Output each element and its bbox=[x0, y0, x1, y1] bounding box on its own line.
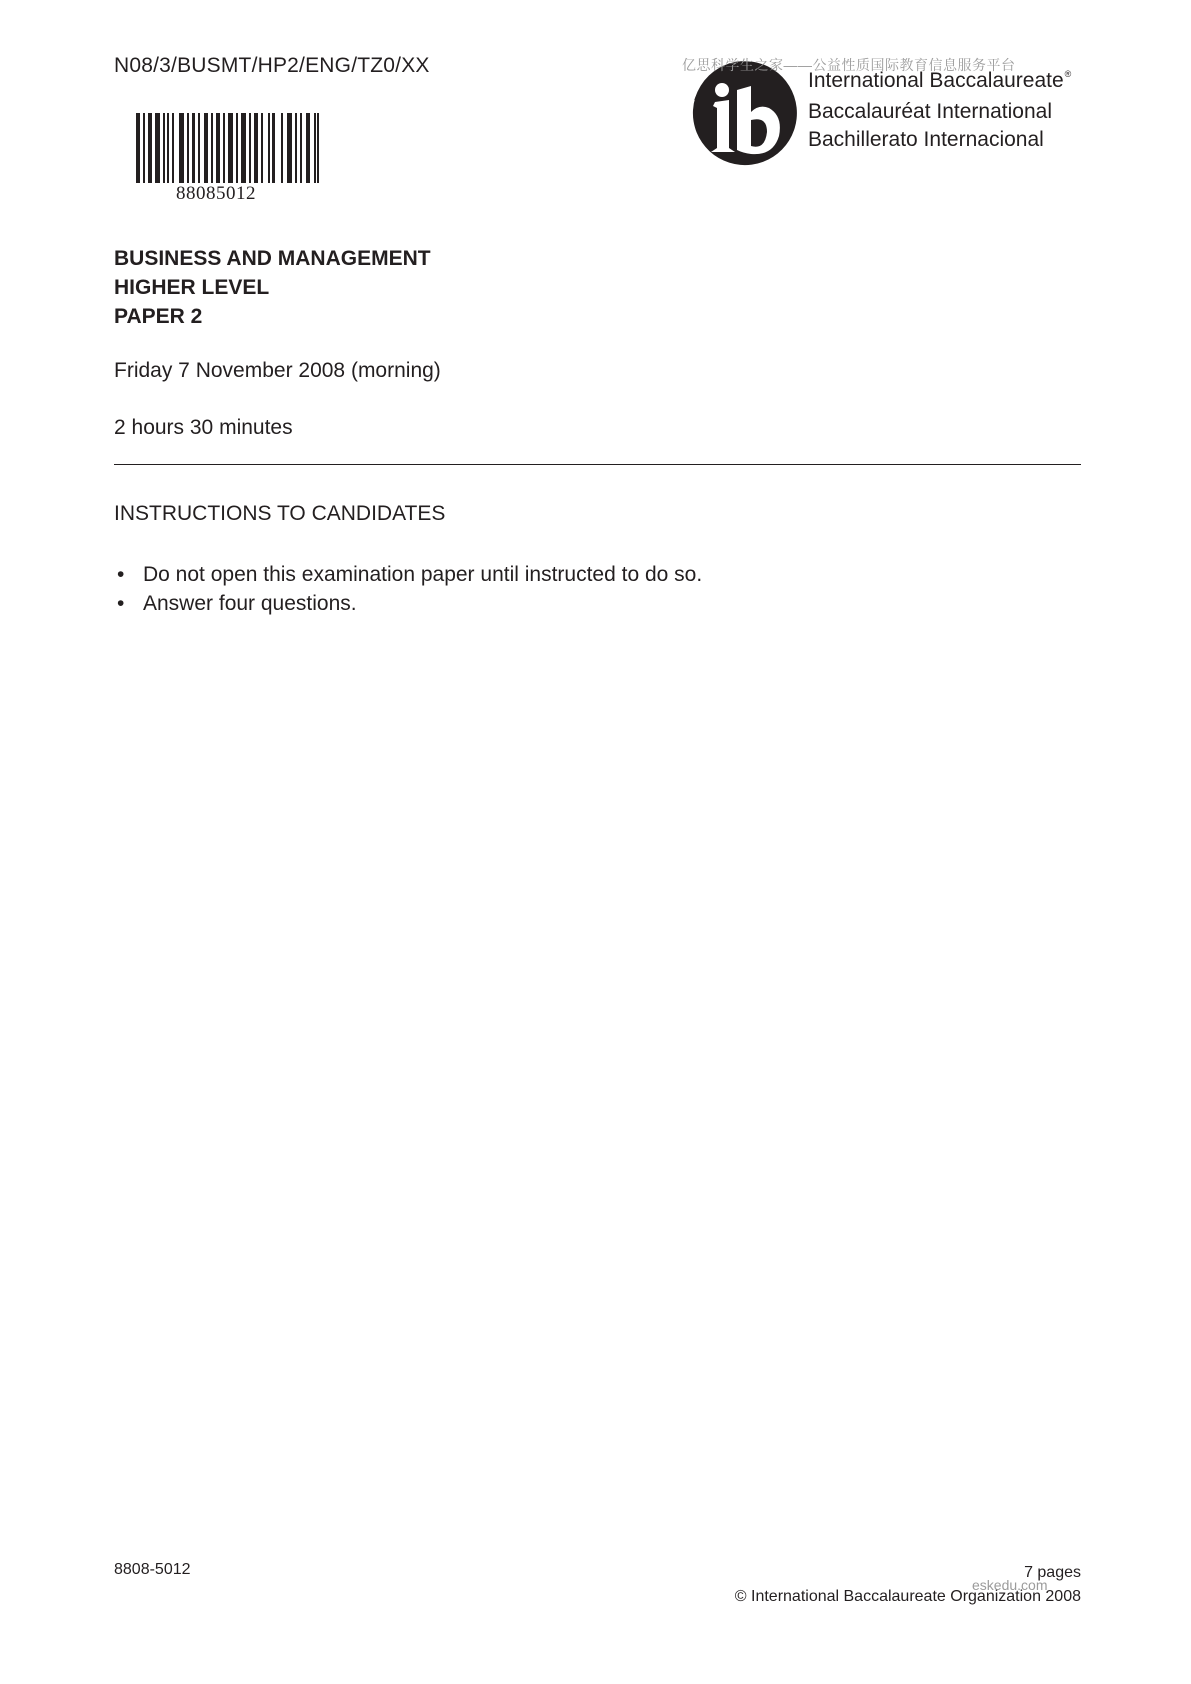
barcode-number: 88085012 bbox=[176, 183, 256, 205]
exam-date: Friday 7 November 2008 (morning) bbox=[114, 359, 441, 383]
watermark-bottom: eskedu.com bbox=[972, 1577, 1047, 1593]
divider bbox=[114, 464, 1081, 465]
instructions-list: •Do not open this examination paper unti… bbox=[114, 560, 702, 618]
paper-code: N08/3/BUSMT/HP2/ENG/TZ0/XX bbox=[114, 54, 430, 78]
instructions-heading: INSTRUCTIONS TO CANDIDATES bbox=[114, 502, 445, 526]
bullet-icon: • bbox=[117, 589, 124, 618]
org-name-french: Baccalauréat International bbox=[808, 98, 1071, 126]
organization-names: International Baccalaureate® Baccalauréa… bbox=[808, 67, 1071, 154]
exam-title: BUSINESS AND MANAGEMENT HIGHER LEVEL PAP… bbox=[114, 244, 431, 331]
exam-duration: 2 hours 30 minutes bbox=[114, 416, 293, 440]
subject-line: BUSINESS AND MANAGEMENT bbox=[114, 244, 431, 273]
bullet-icon: • bbox=[117, 560, 124, 589]
paper-line: PAPER 2 bbox=[114, 302, 431, 331]
org-name-spanish: Bachillerato Internacional bbox=[808, 126, 1071, 154]
list-item: •Do not open this examination paper unti… bbox=[114, 560, 702, 589]
list-item: •Answer four questions. bbox=[114, 589, 702, 618]
registered-mark: ® bbox=[1065, 69, 1072, 79]
org-name-english: International Baccalaureate® bbox=[808, 67, 1071, 98]
footer-code: 8808-5012 bbox=[114, 1561, 191, 1579]
barcode-icon bbox=[136, 113, 319, 183]
level-line: HIGHER LEVEL bbox=[114, 273, 431, 302]
ib-logo-icon bbox=[687, 60, 797, 168]
